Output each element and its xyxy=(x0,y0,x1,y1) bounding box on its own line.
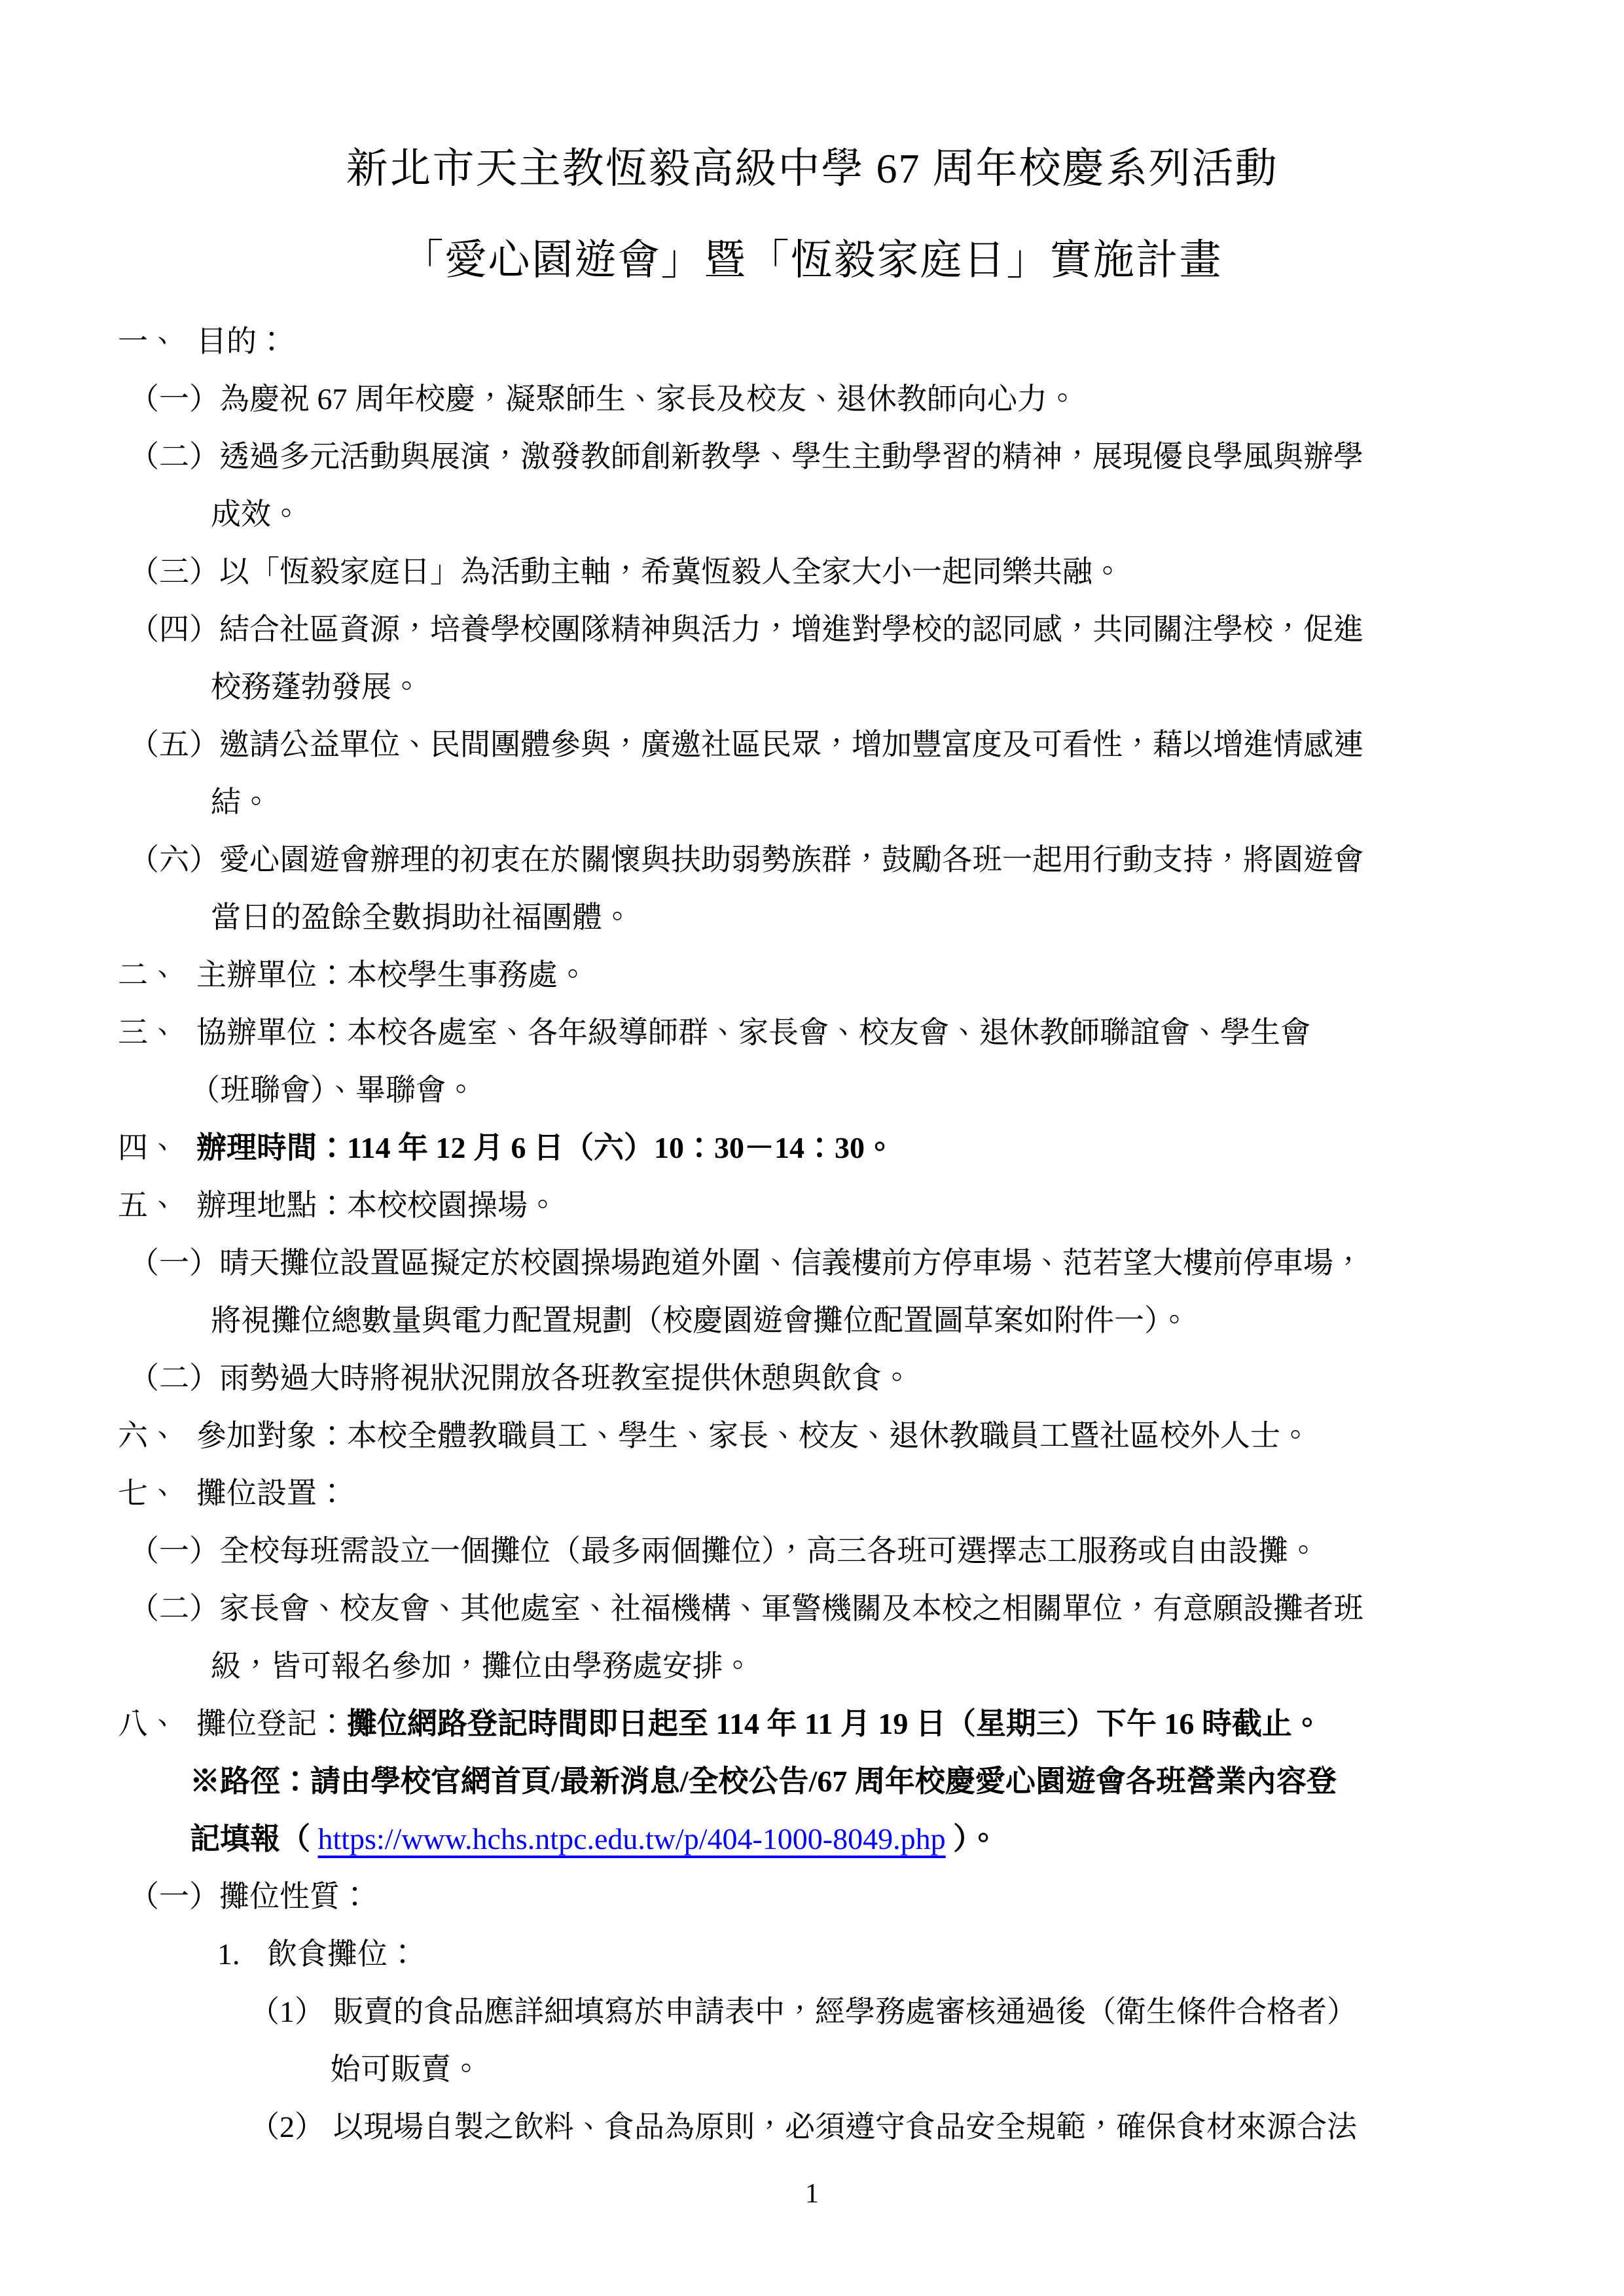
item-number: 三、 xyxy=(118,1004,196,1062)
doc-line: （一）晴天攤位設置區擬定於校園操場跑道外圍、信義樓前方停車場、范若望大樓前停車場… xyxy=(0,1234,1624,1292)
item-number: 八、 xyxy=(118,1695,196,1753)
line-text: 結合社區資源，培養學校團隊精神與活力，增進對學校的認同感，共同關注學校，促進 xyxy=(219,613,1363,646)
doc-line: （2）以現場自製之飲料、食品為原則，必須遵守食品安全規範，確保食材來源合法 xyxy=(0,2098,1624,2156)
line-text-bold: ）。 xyxy=(946,1822,999,1856)
item-number: 1. xyxy=(217,1926,267,1983)
doc-line-section-3: 三、協辦單位：本校各處室、各年級導師群、家長會、校友會、退休教師聯誼會、學生會 xyxy=(0,1004,1624,1062)
doc-line: （二）家長會、校友會、其他處室、社福機構、軍警機關及本校之相關單位，有意願設攤者… xyxy=(0,1580,1624,1638)
item-number: （一） xyxy=(129,1868,219,1926)
line-text: 以「恆毅家庭日」為活動主軸，希冀恆毅人全家大小一起同樂共融。 xyxy=(219,555,1123,588)
document-subtitle: 「愛心園遊會」暨「恆毅家庭日」實施計畫 xyxy=(0,226,1624,295)
item-number: （1） xyxy=(249,1983,333,2041)
line-text: 以現場自製之飲料、食品為原則，必須遵守食品安全規範，確保食材來源合法 xyxy=(333,2110,1357,2144)
line-text: 透過多元活動與展演，激發教師創新教學、學生主動學習的精神，展現優良學風與辦學 xyxy=(219,440,1363,473)
doc-line-path-note: ※路徑：請由學校官網首頁/最新消息/全校公告/67 周年校慶愛心園遊會各班營業內… xyxy=(0,1753,1624,1810)
document-title: 新北市天主教恆毅高級中學 67 周年校慶系列活動 xyxy=(0,0,1624,203)
doc-line-continuation: 當日的盈餘全數捐助社福團體。 xyxy=(0,889,1624,946)
doc-line: （二）雨勢過大時將視狀況開放各班教室提供休憩與飲食。 xyxy=(0,1350,1624,1407)
doc-line: （1）販賣的食品應詳細填寫於申請表中，經學務處審核通過後（衛生條件合格者） xyxy=(0,1983,1624,2041)
line-text: （班聯會）、畢聯會。 xyxy=(190,1073,476,1107)
line-text: 攤位設置： xyxy=(196,1477,347,1510)
line-text: 始可販賣。 xyxy=(331,2053,481,2086)
line-text: 辦理地點：本校校園操場。 xyxy=(196,1189,558,1222)
doc-line-section-4: 四、辦理時間：114 年 12 月 6 日（六）10：30－14：30。 xyxy=(0,1119,1624,1177)
line-text: 將視攤位總數量與電力配置規劃（校慶園遊會攤位配置圖草案如附件一）。 xyxy=(211,1304,1189,1337)
item-number: （一） xyxy=(129,370,219,428)
item-number: 四、 xyxy=(118,1119,196,1177)
line-text-bold: 記填報（ xyxy=(190,1822,318,1856)
line-text: 全校每班需設立一個攤位（最多兩個攤位），高三各班可選擇志工服務或自由設攤。 xyxy=(219,1534,1318,1568)
item-number: （2） xyxy=(249,2098,333,2156)
doc-line-continuation: 校務蓬勃發展。 xyxy=(0,658,1624,716)
item-number: 一、 xyxy=(118,313,196,370)
line-text-bold: 攤位網路登記時間即日起至 114 年 11 月 19 日（星期三）下午 16 時… xyxy=(347,1707,1322,1740)
registration-link[interactable]: https://www.hchs.ntpc.edu.tw/p/404-1000-… xyxy=(318,1822,946,1856)
doc-line: 1.飲食攤位： xyxy=(0,1926,1624,1983)
line-text: 目的： xyxy=(196,325,287,358)
doc-line: （一）攤位性質： xyxy=(0,1868,1624,1926)
doc-line: （四）結合社區資源，培養學校團隊精神與活力，增進對學校的認同感，共同關注學校，促… xyxy=(0,601,1624,658)
doc-line-section-7: 七、攤位設置： xyxy=(0,1465,1624,1522)
doc-line-section-6: 六、參加對象：本校全體教職員工、學生、家長、校友、退休教職員工暨社區校外人士。 xyxy=(0,1407,1624,1465)
doc-line-registration-url: 記填報（ https://www.hchs.ntpc.edu.tw/p/404-… xyxy=(0,1810,1624,1868)
doc-line: （五）邀請公益單位、民間團體參與，廣邀社區民眾，增加豐富度及可看性，藉以增進情感… xyxy=(0,716,1624,774)
line-text: 晴天攤位設置區擬定於校園操場跑道外圍、信義樓前方停車場、范若望大樓前停車場， xyxy=(219,1246,1363,1280)
item-number: （一） xyxy=(129,1234,219,1292)
line-text: 成效。 xyxy=(211,497,301,531)
item-number: （一） xyxy=(129,1522,219,1580)
item-number: （二） xyxy=(129,1350,219,1407)
doc-line-section-1: 一、目的： xyxy=(0,313,1624,370)
line-text: 協辦單位：本校各處室、各年級導師群、家長會、校友會、退休教師聯誼會、學生會 xyxy=(196,1016,1310,1049)
doc-line: （一）全校每班需設立一個攤位（最多兩個攤位），高三各班可選擇志工服務或自由設攤。 xyxy=(0,1522,1624,1580)
doc-line-section-2: 二、主辦單位：本校學生事務處。 xyxy=(0,946,1624,1004)
doc-line: （一）為慶祝 67 周年校慶，凝聚師生、家長及校友、退休教師向心力。 xyxy=(0,370,1624,428)
item-number: 五、 xyxy=(118,1177,196,1234)
document-page: 新北市天主教恆毅高級中學 67 周年校慶系列活動 「愛心園遊會」暨「恆毅家庭日」… xyxy=(0,0,1624,2296)
doc-line-continuation: 結。 xyxy=(0,774,1624,831)
item-number: （五） xyxy=(129,716,219,774)
item-number: （二） xyxy=(129,428,219,486)
item-number: 七、 xyxy=(118,1465,196,1522)
line-text: 為慶祝 67 周年校慶，凝聚師生、家長及校友、退休教師向心力。 xyxy=(219,382,1077,416)
line-text: 主辦單位：本校學生事務處。 xyxy=(196,958,588,992)
line-text: 家長會、校友會、其他處室、社福機構、軍警機關及本校之相關單位，有意願設攤者班 xyxy=(219,1592,1363,1625)
doc-line-continuation: （班聯會）、畢聯會。 xyxy=(0,1062,1624,1119)
item-number: 六、 xyxy=(118,1407,196,1465)
line-text-bold: 辦理時間：114 年 12 月 6 日（六）10：30－14：30。 xyxy=(196,1131,895,1164)
line-text: 結。 xyxy=(211,785,271,819)
doc-line: （二）透過多元活動與展演，激發教師創新教學、學生主動學習的精神，展現優良學風與辦… xyxy=(0,428,1624,486)
doc-line-continuation: 級，皆可報名參加，攤位由學務處安排。 xyxy=(0,1638,1624,1695)
line-text: 當日的盈餘全數捐助社福團體。 xyxy=(211,901,632,934)
doc-line: （六）愛心園遊會辦理的初衷在於關懷與扶助弱勢族群，鼓勵各班一起用行動支持，將園遊… xyxy=(0,831,1624,889)
doc-line-section-5: 五、辦理地點：本校校園操場。 xyxy=(0,1177,1624,1234)
doc-line-continuation: 將視攤位總數量與電力配置規劃（校慶園遊會攤位配置圖草案如附件一）。 xyxy=(0,1292,1624,1350)
item-number: 二、 xyxy=(118,946,196,1004)
item-number: （六） xyxy=(129,831,219,889)
line-text: 邀請公益單位、民間團體參與，廣邀社區民眾，增加豐富度及可看性，藉以增進情感連 xyxy=(219,728,1363,761)
item-number: （二） xyxy=(129,1580,219,1638)
line-text-bold: ※路徑：請由學校官網首頁/最新消息/全校公告/67 周年校慶愛心園遊會各班營業內… xyxy=(190,1765,1337,1798)
doc-line-continuation: 始可販賣。 xyxy=(0,2041,1624,2098)
line-text: 愛心園遊會辦理的初衷在於關懷與扶助弱勢族群，鼓勵各班一起用行動支持，將園遊會 xyxy=(219,843,1363,876)
doc-line-section-8: 八、攤位登記：攤位網路登記時間即日起至 114 年 11 月 19 日（星期三）… xyxy=(0,1695,1624,1753)
line-text: 參加對象：本校全體教職員工、學生、家長、校友、退休教職員工暨社區校外人士。 xyxy=(196,1419,1310,1452)
line-text: 販賣的食品應詳細填寫於申請表中，經學務處審核通過後（衛生條件合格者） xyxy=(333,1995,1357,2028)
line-text: 雨勢過大時將視狀況開放各班教室提供休憩與飲食。 xyxy=(219,1361,912,1395)
item-number: （四） xyxy=(129,601,219,658)
doc-line-continuation: 成效。 xyxy=(0,486,1624,543)
line-text: 飲食攤位： xyxy=(267,1937,418,1971)
line-text: 校務蓬勃發展。 xyxy=(211,670,422,704)
line-text: 攤位登記： xyxy=(196,1707,347,1740)
item-number: （三） xyxy=(129,543,219,601)
page-number: 1 xyxy=(0,2174,1624,2214)
doc-line: （三）以「恆毅家庭日」為活動主軸，希冀恆毅人全家大小一起同樂共融。 xyxy=(0,543,1624,601)
line-text: 級，皆可報名參加，攤位由學務處安排。 xyxy=(211,1649,753,1683)
line-text: 攤位性質： xyxy=(219,1880,370,1913)
